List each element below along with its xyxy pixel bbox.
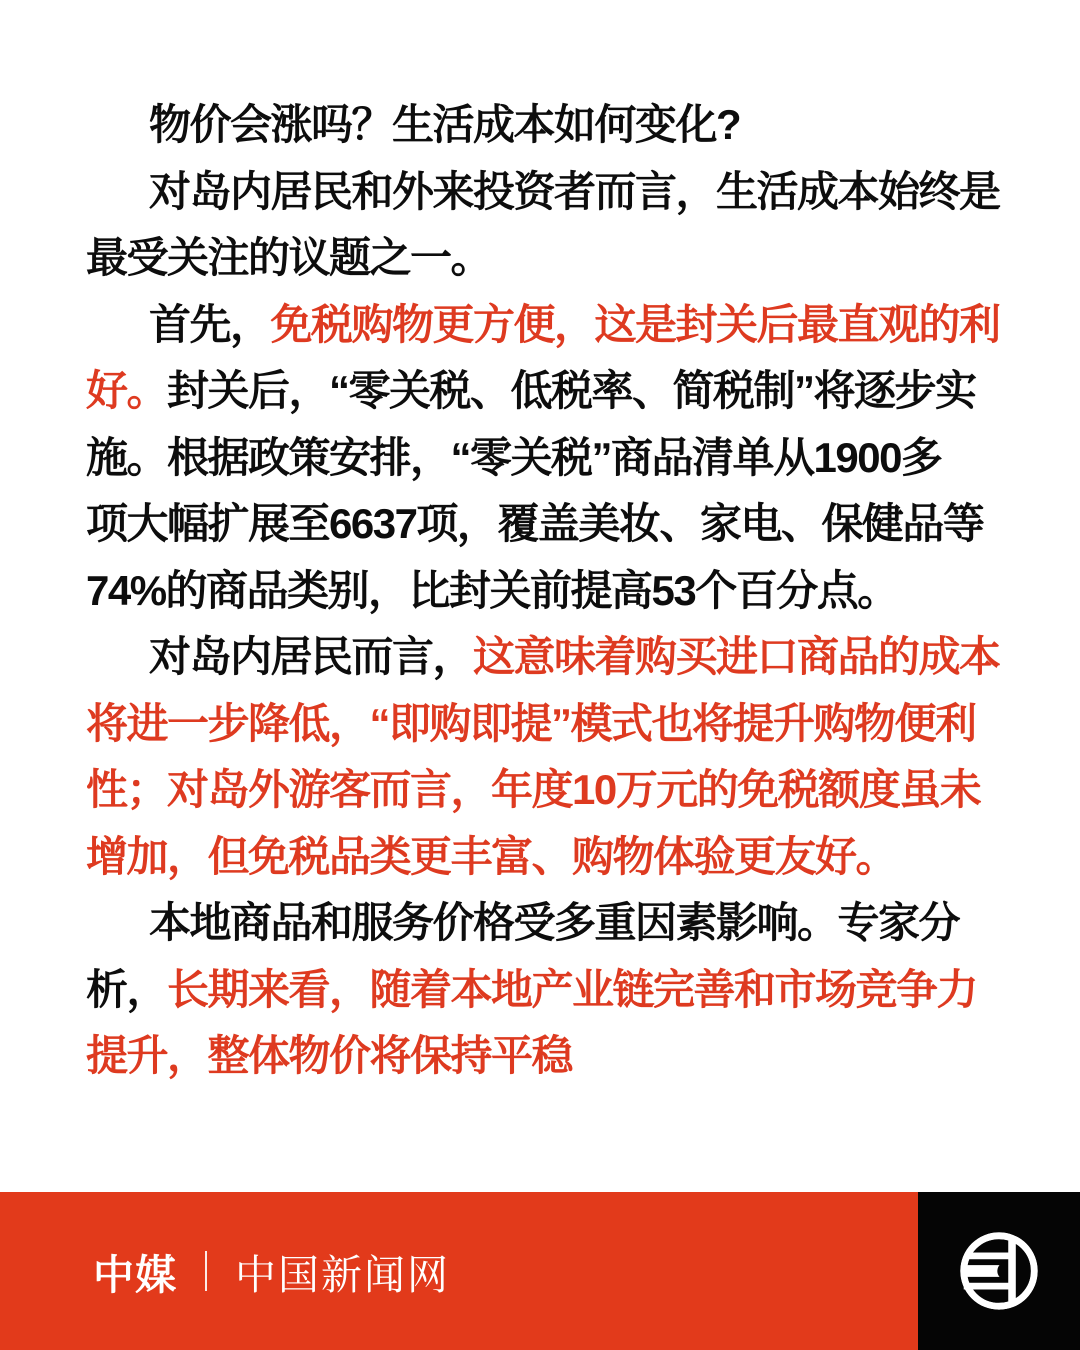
text-segment: 本地商品和服务价格受多重因素影响。专家分 [149,899,959,946]
text-segment: 施。根据政策安排，“零关税”商品清单从1900多 [86,434,941,481]
text-segment: 74%的商品类别，比封关前提高53个百分点。 [86,567,898,614]
text-segment: 最受关注的议题之一。 [86,234,491,281]
text-line: 对岛内居民和外来投资者而言，生活成本始终是 [86,159,1010,226]
text-segment: 提升，整体物价将保持平稳 [86,1032,572,1079]
text-segment: 这意味着购买进口商品的成本 [473,633,1000,680]
text-line: 项大幅扩展至6637项，覆盖美妆、家电、保健品等 [86,491,1010,558]
text-segment: 项大幅扩展至6637项，覆盖美妆、家电、保健品等 [86,500,983,547]
text-segment: 封关后，“零关税、低税率、简税制”将逐步实 [167,367,976,414]
text-line: 提升，整体物价将保持平稳 [86,1023,1010,1090]
brand-name: 中媒 [93,1242,177,1301]
text-segment: 首先， [149,301,271,348]
brand-divider [205,1251,207,1291]
text-segment: 增加，但免税品类更丰富、购物体验更友好。 [86,833,896,880]
text-segment: 对岛内居民而言， [149,633,473,680]
text-line: 74%的商品类别，比封关前提高53个百分点。 [86,558,1010,625]
text-segment: 物价会涨吗？生活成本如何变化? [149,101,740,148]
news-poster: 物价会涨吗？生活成本如何变化?对岛内居民和外来投资者而言，生活成本始终是最受关注… [0,0,1080,1350]
text-line: 首先，免税购物更方便，这是封关后最直观的利 [86,292,1010,359]
text-line: 增加，但免税品类更丰富、购物体验更友好。 [86,824,1010,891]
text-segment: 析， [86,966,167,1013]
article-text: 物价会涨吗？生活成本如何变化?对岛内居民和外来投资者而言，生活成本始终是最受关注… [0,0,1080,1090]
text-line: 本地商品和服务价格受多重因素影响。专家分 [86,890,1010,957]
footer-bar: 中媒 中国新闻网 [0,1192,1080,1350]
text-line: 物价会涨吗？生活成本如何变化? [86,92,1010,159]
text-line: 好。封关后，“零关税、低税率、简税制”将逐步实 [86,358,1010,425]
text-line: 施。根据政策安排，“零关税”商品清单从1900多 [86,425,1010,492]
text-line: 性；对岛外游客而言，年度10万元的免税额度虽未 [86,757,1010,824]
text-segment: 性；对岛外游客而言，年度10万元的免税额度虽未 [86,766,980,813]
text-line: 对岛内居民而言，这意味着购买进口商品的成本 [86,624,1010,691]
text-segment: 对岛内居民和外来投资者而言，生活成本始终是 [149,168,1000,215]
text-line: 将进一步降低，“即购即提”模式也将提升购物便利 [86,691,1010,758]
text-line: 析，长期来看，随着本地产业链完善和市场竞争力 [86,957,1010,1024]
text-segment: 将进一步降低，“即购即提”模式也将提升购物便利 [86,700,976,747]
text-segment: 好。 [86,367,167,414]
site-name: 中国新闻网 [235,1242,450,1301]
footer-logo-box [918,1192,1080,1350]
cns-globe-icon [957,1229,1041,1313]
text-line: 最受关注的议题之一。 [86,225,1010,292]
footer-brand: 中媒 中国新闻网 [93,1242,450,1301]
text-segment: 长期来看，随着本地产业链完善和市场竞争力 [167,966,977,1013]
text-segment: 免税购物更方便，这是封关后最直观的利 [271,301,1000,348]
